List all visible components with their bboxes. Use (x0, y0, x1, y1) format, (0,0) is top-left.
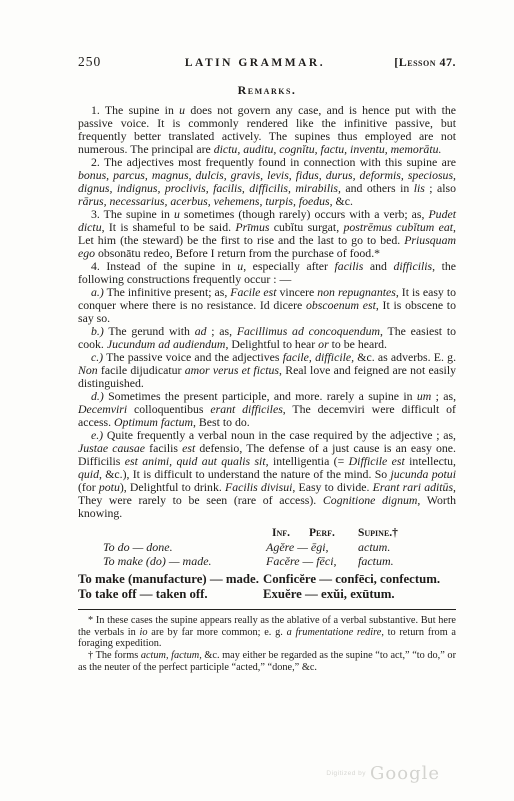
lesson-label: [Lesson 47. (372, 55, 456, 70)
paragraph: 1. The supine in u does not govern any c… (78, 104, 456, 156)
table-row: To make (do) — made.Facĕre — fēci,factum… (78, 554, 456, 568)
paragraph: 4. Instead of the supine in u, especiall… (78, 260, 456, 286)
table-row: To make (manufacture) — made.Conficĕre —… (78, 572, 456, 587)
footnote-divider (78, 609, 456, 610)
book-page: 250 LATIN GRAMMAR. [Lesson 47. Remarks. … (0, 0, 514, 801)
vocab-col-header: Perf. (309, 527, 335, 539)
paragraph: e.) Quite frequently a verbal noun in th… (78, 429, 456, 520)
running-title: LATIN GRAMMAR. (138, 57, 372, 69)
paragraph: a.) The infinitive present; as, Facile e… (78, 286, 456, 325)
page-header: 250 LATIN GRAMMAR. [Lesson 47. (78, 54, 456, 70)
vocab-table: Inf.Perf.Supine.† To do — done.Agĕre — ē… (78, 527, 456, 602)
table-row: To do — done.Agĕre — ēgi,actum. (78, 540, 456, 554)
google-logo: Google (370, 763, 440, 784)
vocab-table-header: Inf.Perf.Supine.† (78, 527, 456, 540)
vocab-table-rows: To do — done.Agĕre — ēgi,actum.To make (… (78, 540, 456, 602)
footnote: † The forms actum, factum, &c. may eithe… (78, 650, 456, 673)
paragraph: b.) The gerund with ad ; as, Facillimus … (78, 325, 456, 351)
vocab-col-header: Supine.† (358, 527, 398, 539)
paragraph: 3. The supine in u sometimes (though rar… (78, 208, 456, 260)
footnote: * In these cases the supine appears real… (78, 615, 456, 650)
body-paragraphs: 1. The supine in u does not govern any c… (78, 104, 456, 520)
paragraph: d.) Sometimes the present participle, an… (78, 390, 456, 429)
digitized-stamp: Digitized by Google (326, 763, 440, 784)
section-heading: Remarks. (78, 83, 456, 98)
page-number: 250 (78, 54, 138, 70)
paragraph: 2. The adjectives most frequently found … (78, 156, 456, 208)
footnotes: * In these cases the supine appears real… (78, 615, 456, 674)
page-content: 250 LATIN GRAMMAR. [Lesson 47. Remarks. … (78, 54, 456, 674)
paragraph: c.) The passive voice and the adjectives… (78, 351, 456, 390)
vocab-col-header: Inf. (272, 527, 290, 539)
table-row: To take off — taken off.Exuĕre — exŭi, e… (78, 587, 456, 602)
digitized-by-label: Digitized by (326, 770, 366, 777)
